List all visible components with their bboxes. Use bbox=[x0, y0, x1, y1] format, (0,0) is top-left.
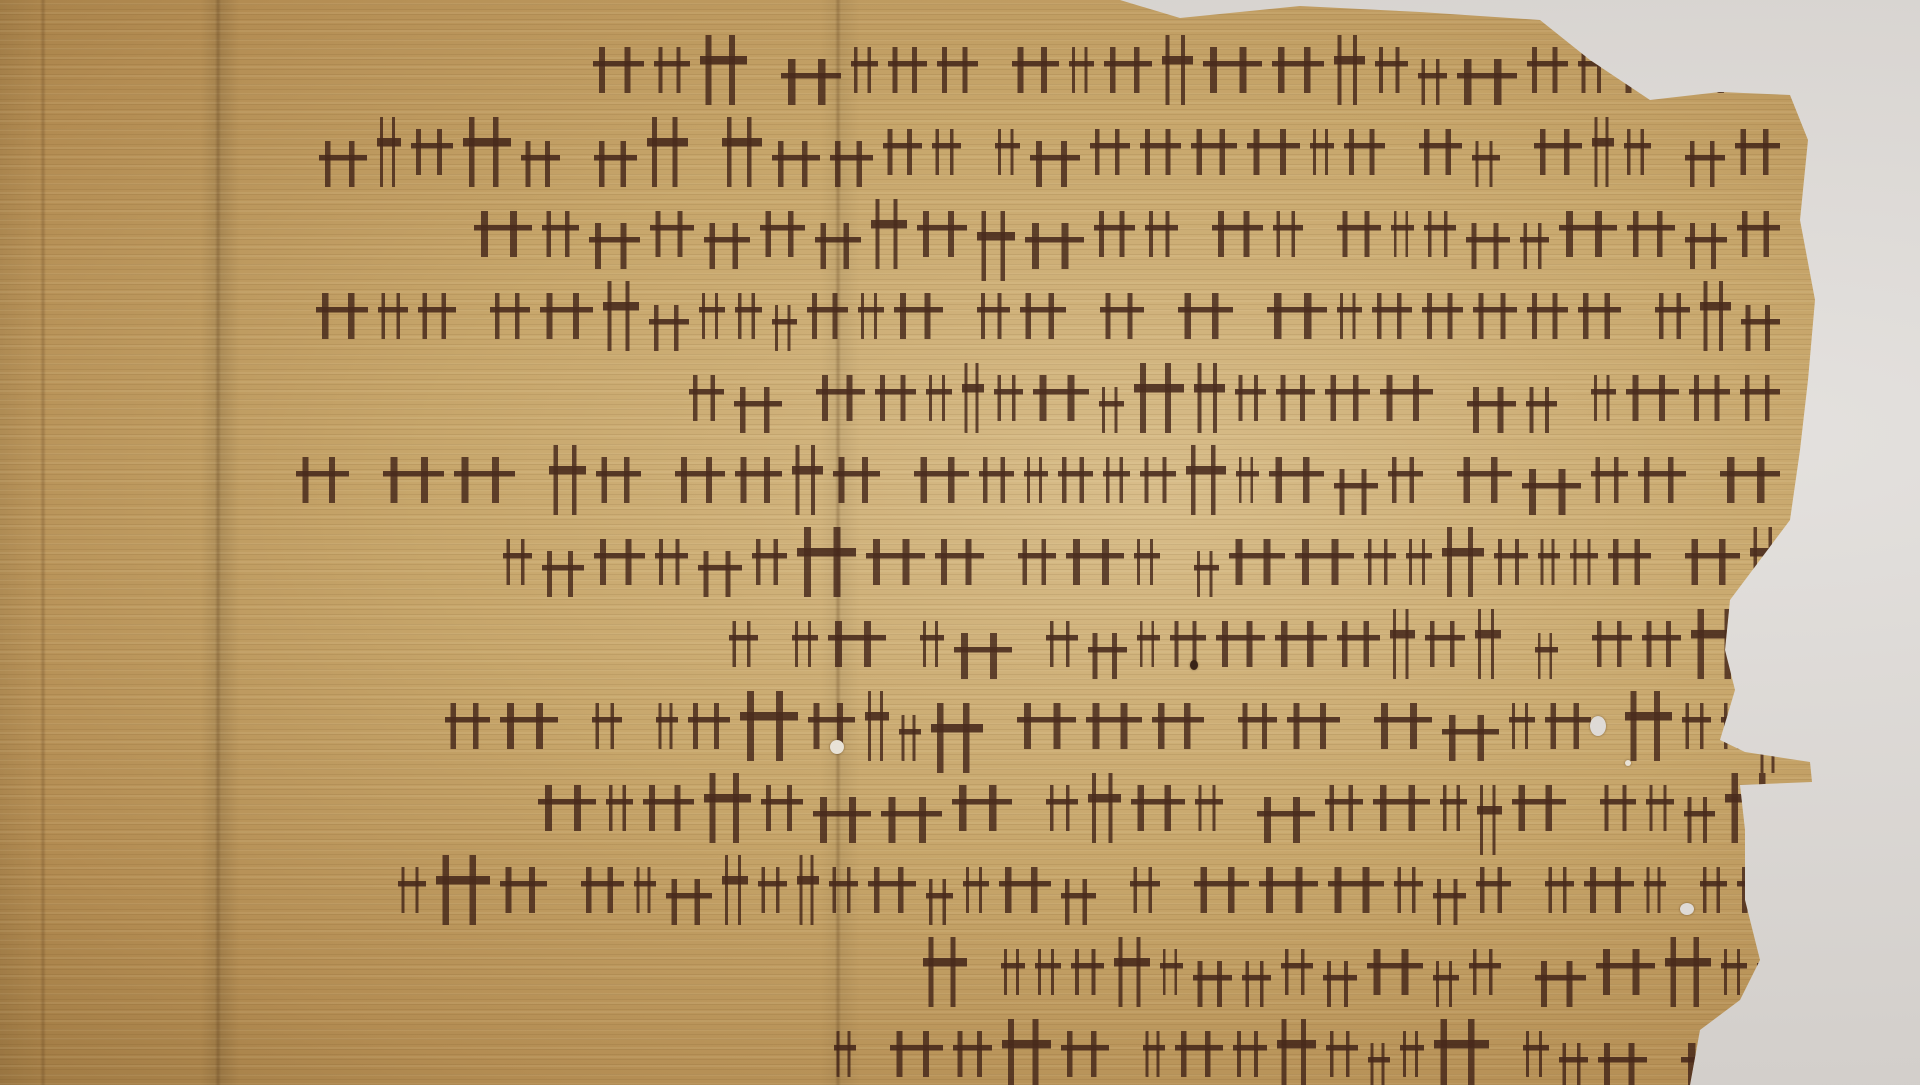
ink-stroke bbox=[994, 375, 1023, 421]
ink-stroke bbox=[1720, 457, 1780, 503]
ink-stroke bbox=[1578, 293, 1621, 339]
ink-stroke bbox=[1137, 621, 1160, 667]
ink-stroke bbox=[1570, 539, 1598, 585]
ink-stroke bbox=[1334, 469, 1378, 515]
ink-stroke bbox=[1269, 457, 1324, 503]
ink-stroke bbox=[1088, 633, 1127, 679]
ink-stroke bbox=[1457, 59, 1517, 105]
ink-stroke bbox=[1684, 797, 1715, 843]
ink-stroke bbox=[704, 223, 750, 269]
ink-stroke bbox=[954, 633, 1012, 679]
ink-stroke bbox=[1334, 35, 1365, 105]
ink-stroke bbox=[649, 305, 689, 351]
ink-stroke bbox=[865, 691, 889, 761]
ink-stroke bbox=[1527, 47, 1568, 93]
ink-stroke bbox=[797, 527, 856, 597]
ink-text-line bbox=[0, 942, 1780, 1002]
ink-stroke bbox=[914, 457, 969, 503]
ink-stroke bbox=[594, 539, 645, 585]
ink-stroke bbox=[1058, 457, 1093, 503]
ink-stroke bbox=[1689, 375, 1730, 421]
ink-stroke bbox=[758, 867, 787, 913]
ink-stroke bbox=[1162, 35, 1193, 105]
ink-stroke bbox=[866, 539, 925, 585]
ink-stroke bbox=[1559, 211, 1617, 257]
ink-stroke bbox=[953, 1031, 992, 1077]
ink-stroke bbox=[1323, 961, 1357, 1007]
ink-stroke bbox=[1509, 703, 1535, 749]
ink-stroke bbox=[1103, 457, 1130, 503]
ink-stroke bbox=[589, 223, 640, 269]
ink-stroke bbox=[1178, 293, 1233, 339]
ink-stroke bbox=[1295, 539, 1354, 585]
ink-spot bbox=[1190, 660, 1198, 670]
ink-stroke bbox=[1259, 867, 1318, 913]
ink-stroke bbox=[1035, 949, 1061, 995]
ink-stroke bbox=[1642, 621, 1681, 667]
ink-stroke bbox=[296, 457, 349, 503]
ink-stroke bbox=[1212, 211, 1263, 257]
ink-stroke bbox=[1475, 609, 1501, 679]
ink-stroke bbox=[1143, 1031, 1165, 1077]
ink-stroke bbox=[932, 129, 961, 175]
ink-stroke bbox=[378, 293, 408, 339]
ink-stroke bbox=[797, 855, 819, 925]
ink-stroke bbox=[868, 867, 916, 913]
ink-stroke bbox=[1134, 539, 1160, 585]
ink-stroke bbox=[1273, 211, 1303, 257]
ink-stroke bbox=[1134, 363, 1184, 433]
ink-stroke bbox=[490, 293, 530, 339]
ink-stroke bbox=[1275, 621, 1327, 667]
ink-stroke bbox=[962, 363, 984, 433]
ink-stroke bbox=[1001, 949, 1025, 995]
ink-stroke bbox=[1104, 47, 1152, 93]
ink-stroke bbox=[1194, 363, 1225, 433]
ink-stroke bbox=[1682, 703, 1711, 749]
ink-stroke bbox=[316, 293, 368, 339]
ink-stroke bbox=[963, 867, 989, 913]
ink-stroke bbox=[1685, 539, 1740, 585]
ink-stroke bbox=[521, 141, 560, 187]
ink-stroke bbox=[1046, 785, 1078, 831]
ink-stroke bbox=[1017, 703, 1076, 749]
ink-stroke bbox=[1534, 129, 1582, 175]
ink-stroke bbox=[647, 117, 688, 187]
papyrus-hole bbox=[830, 740, 844, 754]
ink-stroke bbox=[319, 141, 367, 187]
ink-stroke bbox=[1466, 223, 1510, 269]
ink-stroke bbox=[952, 785, 1012, 831]
ink-stroke bbox=[503, 539, 532, 585]
ink-stroke bbox=[1186, 445, 1226, 515]
ink-stroke bbox=[752, 539, 787, 585]
ink-stroke bbox=[689, 375, 724, 421]
ink-stroke bbox=[1737, 211, 1780, 257]
ink-text-line bbox=[0, 860, 1780, 920]
ink-stroke bbox=[1328, 867, 1384, 913]
ink-stroke bbox=[722, 855, 748, 925]
ink-stroke bbox=[643, 785, 694, 831]
ink-stroke bbox=[1545, 867, 1574, 913]
ink-text-line bbox=[0, 204, 1780, 264]
ink-stroke bbox=[454, 457, 515, 503]
ink-stroke bbox=[920, 621, 944, 667]
ink-stroke bbox=[1624, 129, 1651, 175]
ink-stroke bbox=[1272, 47, 1324, 93]
ink-stroke bbox=[383, 457, 444, 503]
ink-stroke bbox=[871, 199, 907, 269]
ink-stroke bbox=[792, 445, 823, 515]
ink-stroke bbox=[1061, 1031, 1109, 1077]
ink-stroke bbox=[1229, 539, 1285, 585]
ink-stroke bbox=[1152, 703, 1204, 749]
ink-stroke bbox=[1236, 457, 1259, 503]
ink-stroke bbox=[781, 59, 841, 105]
ink-stroke bbox=[830, 141, 873, 187]
ink-stroke bbox=[729, 621, 758, 667]
ink-stroke bbox=[935, 539, 984, 585]
ink-stroke bbox=[1433, 879, 1466, 925]
ink-stroke bbox=[1740, 375, 1780, 421]
ink-stroke bbox=[1535, 961, 1586, 1007]
ink-stroke bbox=[1646, 785, 1674, 831]
ink-text-line bbox=[0, 368, 1780, 428]
ink-stroke bbox=[1094, 211, 1135, 257]
ink-stroke bbox=[1238, 703, 1277, 749]
ink-stroke bbox=[735, 457, 782, 503]
ink-stroke bbox=[1380, 375, 1433, 421]
ink-stroke bbox=[760, 211, 805, 257]
ink-stroke bbox=[1267, 293, 1327, 339]
ink-stroke bbox=[1033, 375, 1089, 421]
ink-stroke bbox=[1388, 457, 1423, 503]
ink-text-line bbox=[0, 778, 1780, 838]
ink-stroke bbox=[1419, 129, 1462, 175]
ink-stroke bbox=[1442, 715, 1499, 761]
ink-stroke bbox=[1526, 387, 1557, 433]
ink-stroke bbox=[1494, 539, 1528, 585]
ink-stroke bbox=[666, 879, 712, 925]
ink-stroke bbox=[688, 703, 730, 749]
ink-stroke bbox=[999, 867, 1051, 913]
ink-stroke bbox=[1625, 691, 1672, 761]
ink-stroke bbox=[592, 703, 622, 749]
ink-stroke bbox=[1527, 293, 1568, 339]
ink-stroke bbox=[890, 1031, 943, 1077]
ink-stroke bbox=[1373, 785, 1430, 831]
ink-stroke bbox=[1425, 621, 1465, 667]
ink-stroke bbox=[1591, 457, 1628, 503]
ink-stroke bbox=[1344, 129, 1385, 175]
ink-stroke bbox=[1584, 867, 1634, 913]
ink-stroke bbox=[1090, 129, 1130, 175]
ink-stroke bbox=[1061, 879, 1096, 925]
ink-stroke bbox=[1367, 949, 1423, 995]
ink-stroke bbox=[1433, 961, 1459, 1007]
ink-stroke bbox=[1627, 211, 1675, 257]
ink-stroke bbox=[735, 293, 762, 339]
ink-stroke bbox=[1131, 785, 1185, 831]
ink-stroke bbox=[1665, 937, 1711, 1007]
ink-stroke bbox=[1626, 375, 1679, 421]
ink-stroke bbox=[699, 293, 725, 339]
ink-stroke bbox=[1257, 797, 1315, 843]
ink-stroke bbox=[926, 375, 952, 421]
ink-stroke bbox=[1476, 867, 1511, 913]
ink-stroke bbox=[675, 457, 725, 503]
ink-stroke bbox=[1145, 211, 1178, 257]
ink-stroke bbox=[1247, 129, 1300, 175]
ink-stroke bbox=[1512, 785, 1566, 831]
ink-stroke bbox=[979, 457, 1014, 503]
ink-stroke bbox=[700, 35, 747, 105]
ink-stroke bbox=[1310, 129, 1334, 175]
ink-stroke bbox=[931, 703, 983, 773]
ink-stroke bbox=[1160, 949, 1183, 995]
ink-stroke bbox=[1741, 305, 1780, 351]
ink-text-line bbox=[60, 122, 1780, 182]
ink-text-line bbox=[0, 286, 1780, 346]
ink-stroke bbox=[1368, 1043, 1390, 1085]
ink-stroke bbox=[1700, 867, 1727, 913]
ink-stroke bbox=[1193, 961, 1232, 1007]
ink-stroke bbox=[1024, 457, 1048, 503]
ink-stroke bbox=[1130, 867, 1160, 913]
ink-stroke bbox=[1592, 621, 1632, 667]
ink-stroke bbox=[463, 117, 511, 187]
ink-stroke bbox=[1655, 293, 1690, 339]
ink-stroke bbox=[377, 117, 401, 187]
ink-stroke bbox=[1325, 785, 1363, 831]
ink-stroke bbox=[542, 211, 579, 257]
ink-stroke bbox=[1522, 469, 1581, 515]
ink-text-line bbox=[0, 532, 1780, 592]
ink-stroke bbox=[704, 773, 751, 843]
ink-stroke bbox=[603, 281, 639, 351]
ink-stroke bbox=[875, 375, 916, 421]
ink-stroke bbox=[1600, 785, 1636, 831]
ink-stroke bbox=[1538, 539, 1560, 585]
ink-stroke bbox=[1086, 703, 1142, 749]
ink-stroke bbox=[1018, 539, 1056, 585]
ink-stroke bbox=[761, 785, 803, 831]
ink-stroke bbox=[1469, 949, 1501, 995]
ink-stroke bbox=[772, 305, 797, 351]
ink-stroke bbox=[734, 387, 782, 433]
ink-stroke bbox=[1375, 47, 1408, 93]
ink-stroke bbox=[1030, 141, 1080, 187]
ink-stroke bbox=[883, 129, 922, 175]
ink-stroke bbox=[917, 211, 967, 257]
ink-stroke bbox=[1424, 211, 1456, 257]
ink-stroke bbox=[654, 47, 690, 93]
ink-stroke bbox=[1046, 621, 1078, 667]
ink-stroke bbox=[1685, 223, 1727, 269]
ink-stroke bbox=[411, 129, 453, 175]
ink-stroke bbox=[1025, 223, 1084, 269]
ink-stroke bbox=[1099, 387, 1124, 433]
ink-stroke bbox=[740, 691, 798, 761]
ink-stroke bbox=[1391, 211, 1414, 257]
ink-stroke bbox=[1434, 1019, 1489, 1085]
ink-stroke bbox=[655, 539, 688, 585]
ink-stroke bbox=[815, 223, 861, 269]
ink-stroke bbox=[807, 293, 848, 339]
ink-stroke bbox=[1233, 1031, 1267, 1077]
ink-stroke bbox=[1325, 375, 1370, 421]
ink-stroke bbox=[1337, 211, 1381, 257]
papyrus-hole bbox=[1590, 716, 1606, 736]
ink-stroke bbox=[538, 785, 596, 831]
ink-stroke bbox=[1235, 375, 1266, 421]
ink-stroke bbox=[1140, 129, 1181, 175]
ink-stroke bbox=[1523, 1031, 1549, 1077]
ink-stroke bbox=[1418, 59, 1447, 105]
ink-stroke bbox=[1195, 785, 1223, 831]
ink-stroke bbox=[1276, 375, 1315, 421]
ink-stroke bbox=[656, 703, 678, 749]
ink-stroke bbox=[813, 797, 871, 843]
ink-stroke bbox=[596, 457, 641, 503]
ink-stroke bbox=[606, 785, 633, 831]
ink-stroke bbox=[1088, 773, 1121, 843]
ink-stroke bbox=[1608, 539, 1651, 585]
ink-stroke bbox=[1170, 621, 1206, 667]
ink-stroke bbox=[474, 211, 532, 257]
ink-stroke bbox=[1440, 785, 1467, 831]
ink-stroke bbox=[1337, 293, 1362, 339]
ink-stroke bbox=[593, 47, 644, 93]
ink-stroke bbox=[1242, 961, 1271, 1007]
ink-stroke bbox=[1520, 223, 1549, 269]
ink-stroke bbox=[1390, 609, 1415, 679]
ink-stroke bbox=[1592, 117, 1614, 187]
ink-text-line bbox=[0, 450, 1780, 510]
ink-stroke bbox=[1559, 1043, 1588, 1085]
papyrus-hole bbox=[1625, 760, 1631, 766]
ink-stroke bbox=[650, 211, 694, 257]
ink-text-line bbox=[0, 1024, 1780, 1084]
ink-stroke bbox=[923, 937, 967, 1007]
ink-stroke bbox=[540, 293, 593, 339]
ink-stroke bbox=[1002, 1019, 1051, 1085]
ink-stroke bbox=[1644, 867, 1666, 913]
ink-stroke bbox=[722, 117, 762, 187]
ink-stroke bbox=[1457, 457, 1512, 503]
ink-stroke bbox=[398, 867, 426, 913]
ink-text-line bbox=[0, 696, 1780, 756]
ink-stroke bbox=[1394, 867, 1423, 913]
ink-stroke bbox=[1598, 1043, 1647, 1085]
ink-stroke bbox=[436, 855, 490, 925]
ink-stroke bbox=[698, 551, 742, 597]
ink-stroke bbox=[937, 47, 978, 93]
ink-stroke bbox=[926, 879, 953, 925]
ink-stroke bbox=[899, 715, 921, 761]
ink-stroke bbox=[1374, 703, 1432, 749]
ink-stroke bbox=[1442, 527, 1484, 597]
papyrus-fragment bbox=[0, 0, 1920, 1085]
ink-stroke bbox=[1406, 539, 1432, 585]
ink-stroke bbox=[1326, 1031, 1358, 1077]
ink-stroke bbox=[500, 867, 547, 913]
ink-stroke bbox=[1364, 539, 1396, 585]
ink-stroke bbox=[1337, 621, 1380, 667]
ink-stroke bbox=[881, 797, 942, 843]
ink-stroke bbox=[1721, 949, 1747, 995]
ink-stroke bbox=[816, 375, 865, 421]
ink-stroke bbox=[1372, 293, 1412, 339]
ink-text-line bbox=[0, 614, 1780, 674]
papyrus-hole bbox=[1680, 903, 1694, 915]
ink-stroke bbox=[829, 867, 858, 913]
ink-stroke bbox=[833, 457, 880, 503]
ink-stroke bbox=[888, 47, 927, 93]
ink-stroke bbox=[894, 293, 943, 339]
ink-stroke bbox=[977, 293, 1010, 339]
ink-stroke bbox=[500, 703, 558, 749]
ink-stroke bbox=[1020, 293, 1066, 339]
ink-stroke bbox=[834, 1031, 856, 1077]
ink-stroke bbox=[995, 129, 1020, 175]
ink-stroke bbox=[445, 703, 490, 749]
ink-stroke bbox=[1535, 633, 1558, 679]
ink-stroke bbox=[1281, 949, 1313, 995]
ink-stroke bbox=[792, 621, 818, 667]
ink-stroke bbox=[1194, 551, 1219, 597]
ink-stroke bbox=[1287, 703, 1340, 749]
ink-stroke bbox=[1591, 375, 1616, 421]
ink-stroke bbox=[1735, 129, 1780, 175]
ink-stroke bbox=[851, 47, 878, 93]
ink-stroke bbox=[1467, 387, 1516, 433]
ink-stroke bbox=[858, 293, 884, 339]
ink-stroke bbox=[1545, 703, 1591, 749]
ink-stroke bbox=[1066, 539, 1124, 585]
ink-stroke bbox=[418, 293, 456, 339]
ink-stroke bbox=[1012, 47, 1059, 93]
ink-stroke bbox=[1400, 1031, 1424, 1077]
ink-stroke bbox=[1422, 293, 1463, 339]
ink-stroke bbox=[1700, 281, 1731, 351]
ink-stroke bbox=[1100, 293, 1144, 339]
ink-stroke bbox=[1596, 949, 1655, 995]
ink-stroke bbox=[549, 445, 586, 515]
ink-stroke bbox=[1277, 1019, 1316, 1085]
ink-stroke bbox=[1472, 141, 1500, 187]
ink-stroke bbox=[542, 551, 584, 597]
ink-stroke bbox=[828, 621, 886, 667]
ink-stroke bbox=[1175, 1031, 1223, 1077]
ink-stroke bbox=[1203, 47, 1262, 93]
ink-stroke bbox=[1473, 293, 1517, 339]
ink-stroke bbox=[1069, 47, 1094, 93]
ink-stroke bbox=[1071, 949, 1104, 995]
ink-stroke bbox=[1194, 867, 1249, 913]
ink-stroke bbox=[977, 211, 1015, 281]
ink-stroke bbox=[1216, 621, 1265, 667]
ink-stroke bbox=[1638, 457, 1686, 503]
ink-stroke bbox=[581, 867, 624, 913]
ink-stroke bbox=[1191, 129, 1237, 175]
ink-stroke bbox=[1114, 937, 1150, 1007]
ink-stroke bbox=[1685, 141, 1725, 187]
ink-stroke bbox=[634, 867, 656, 913]
ink-text-line bbox=[60, 40, 1780, 100]
ink-stroke bbox=[772, 141, 820, 187]
ink-stroke bbox=[1477, 785, 1502, 855]
